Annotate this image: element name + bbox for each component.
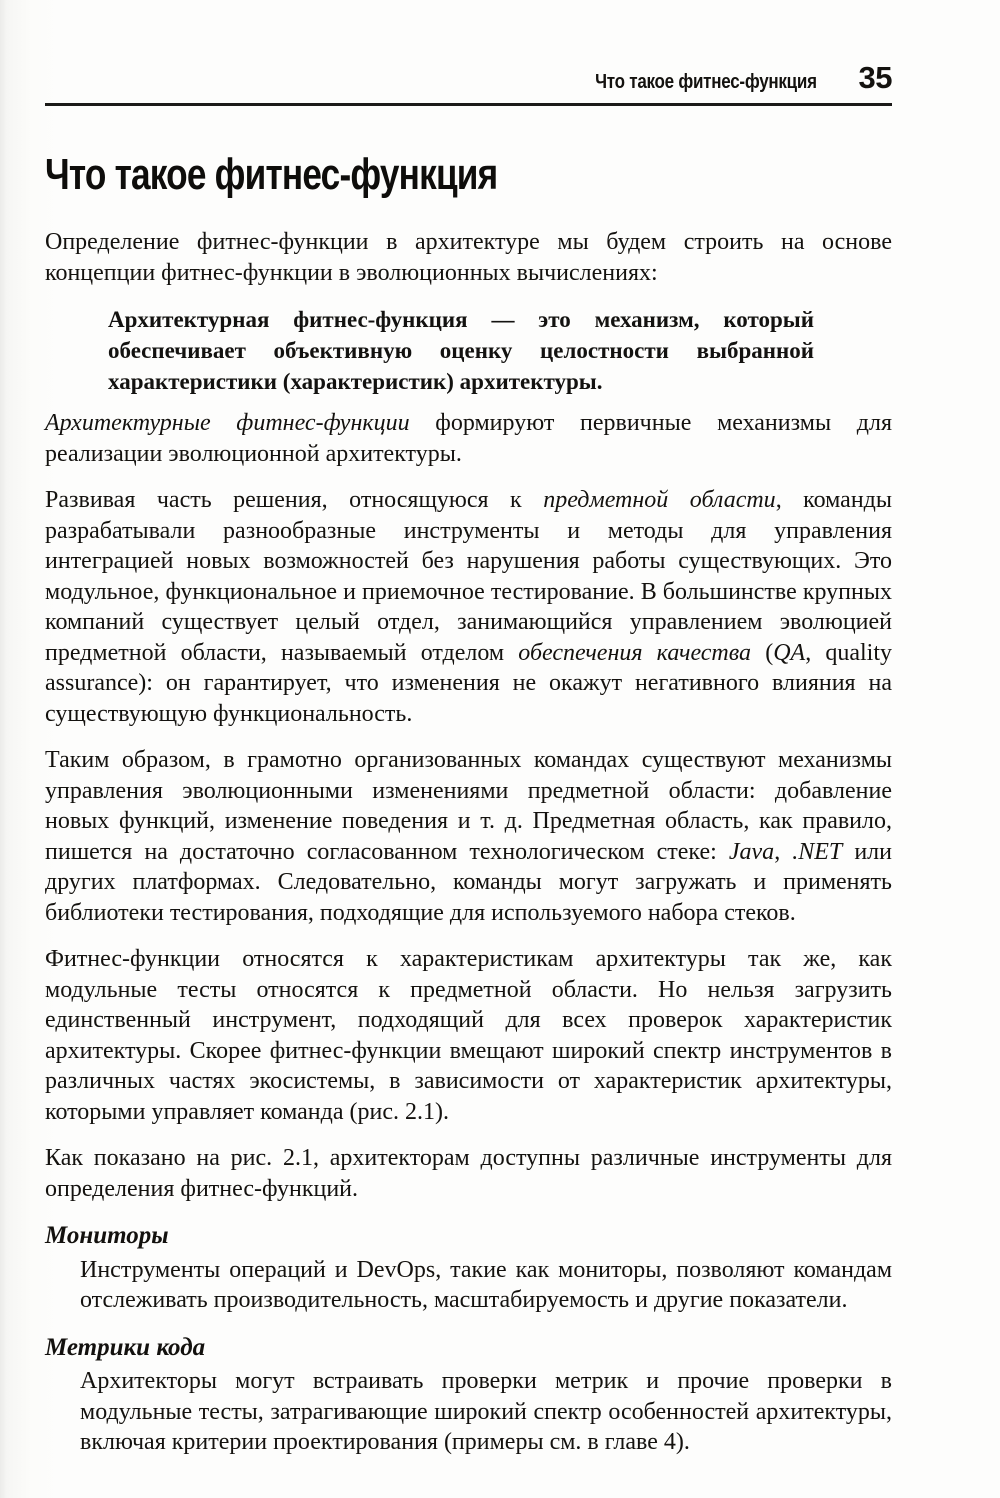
paragraph-code-metrics: Архитекторы могут встраивать проверки ме…	[80, 1366, 892, 1458]
book-page: Что такое фитнес-функция 35 Что такое фи…	[0, 0, 1000, 1498]
running-header: Что такое фитнес-функция 35	[45, 0, 892, 96]
paragraph-fitness-vs-unit-tests: Фитнес-функции относятся к характеристик…	[45, 944, 892, 1127]
header-rule	[45, 103, 892, 106]
definition-blockquote: Архитектурная фитнес-функция — это механ…	[108, 304, 814, 397]
paragraph-figure-reference: Как показано на рис. 2.1, архитекторам д…	[45, 1143, 892, 1204]
subheading-code-metrics: Метрики кода	[45, 1334, 892, 1362]
page-title: Что такое фитнес-функция	[45, 151, 723, 199]
paragraph-intro: Определение фитнес-функции в архитектуре…	[45, 227, 892, 288]
page-number: 35	[859, 60, 892, 96]
subheading-monitors: Мониторы	[45, 1222, 892, 1250]
running-header-title: Что такое фитнес-функция	[595, 71, 817, 94]
paragraph-domain-development: Развивая часть решения, относящуюся к пр…	[45, 485, 892, 729]
paragraph-fitness-functions-role: Архитектурные фитнес-функции формируют п…	[45, 408, 892, 469]
paragraph-team-mechanisms: Таким образом, в грамотно организованных…	[45, 745, 892, 928]
text-column: Что такое фитнес-функция 35 Что такое фи…	[45, 0, 892, 1458]
paragraph-monitors: Инструменты операций и DevOps, такие как…	[80, 1255, 892, 1316]
